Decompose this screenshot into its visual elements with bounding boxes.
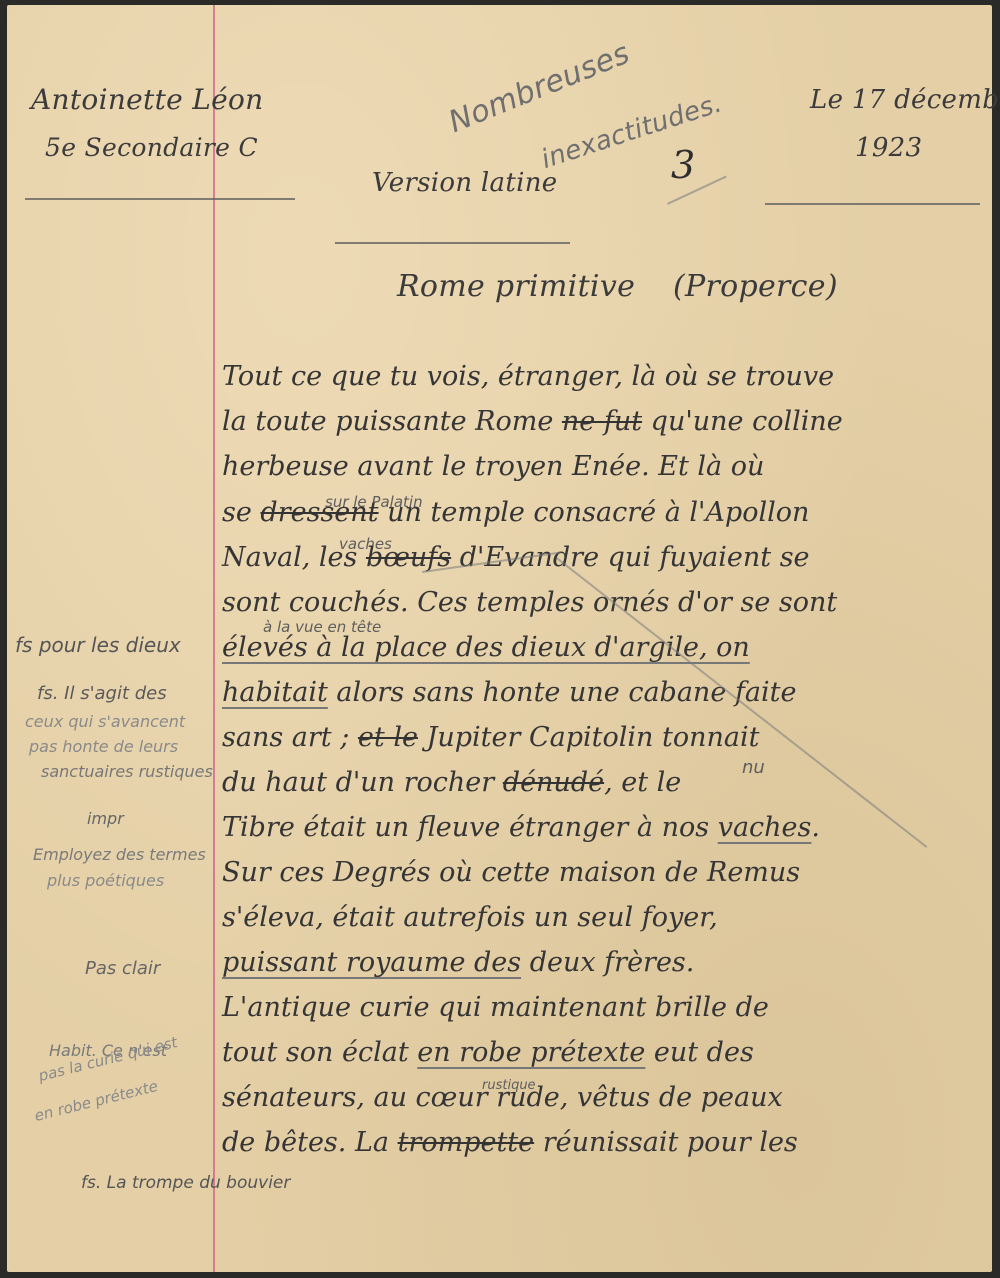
body-line-14: puissant royaume des deux frères. bbox=[222, 947, 694, 978]
title-author: (Properce) bbox=[673, 269, 838, 304]
student-class: 5e Secondaire C bbox=[45, 133, 258, 162]
body-line-8: habitait alors sans honte une cabane fai… bbox=[222, 677, 796, 708]
body-line-4: se dressent un temple consacré à l'Apoll… bbox=[222, 497, 809, 528]
underlined-word: vaches bbox=[718, 812, 812, 843]
margin-note: en robe prétexte bbox=[33, 1077, 160, 1125]
date-line2: 1923 bbox=[855, 133, 922, 163]
text-title: Rome primitive (Properce) bbox=[397, 269, 838, 304]
body-line-10: du haut d'un rocher dénudé, et le bbox=[222, 767, 681, 798]
body-line-3: herbeuse avant le troyen Enée. Et là où bbox=[222, 451, 764, 482]
red-margin-line bbox=[213, 5, 215, 1272]
struck-word: dressent bbox=[260, 497, 378, 528]
exercise-type-underline bbox=[335, 242, 570, 244]
struck-word: trompette bbox=[398, 1127, 535, 1158]
correction-nu: nu bbox=[742, 757, 765, 778]
body-line-13: s'éleva, était autrefois un seul foyer, bbox=[222, 902, 718, 933]
underlined-phrase: puissant royaume des bbox=[222, 947, 521, 978]
body-line-17: sénateurs, au cœur rude, vêtus de peaux bbox=[222, 1082, 783, 1113]
body-line-12: Sur ces Degrés où cette maison de Remus bbox=[222, 857, 800, 888]
struck-word: dénudé bbox=[503, 767, 604, 798]
grade: 3 bbox=[671, 143, 695, 187]
margin-note: sanctuaires rustiques bbox=[41, 762, 213, 781]
notebook-page: Antoinette Léon 5e Secondaire C Nombreus… bbox=[7, 5, 992, 1272]
body-line-6: sont couchés. Ces temples ornés d'or se … bbox=[222, 587, 837, 618]
body-line-15: L'antique curie qui maintenant brille de bbox=[222, 992, 769, 1023]
struck-word: et le bbox=[358, 722, 418, 753]
student-name: Antoinette Léon bbox=[31, 83, 263, 116]
margin-note: impr bbox=[87, 809, 124, 828]
header-underline-left bbox=[25, 198, 295, 200]
struck-word: ne fut bbox=[562, 406, 642, 437]
exercise-type: Version latine bbox=[372, 168, 557, 198]
underlined-word: habitait bbox=[222, 677, 328, 708]
margin-note: fs. La trompe du bouvier bbox=[81, 1173, 290, 1193]
margin-note: pas honte de leurs bbox=[29, 737, 178, 756]
date-underline bbox=[765, 203, 980, 205]
body-line-9: sans art ; et le Jupiter Capitolin tonna… bbox=[222, 722, 759, 753]
margin-note: Employez des termes bbox=[33, 845, 206, 864]
title-text: Rome primitive bbox=[397, 269, 635, 304]
teacher-comment-line2: inexactitudes. bbox=[538, 88, 726, 175]
margin-note: fs pour les dieux bbox=[15, 633, 181, 657]
margin-note: plus poétiques bbox=[47, 871, 164, 890]
body-line-11: Tibre était un fleuve étranger à nos vac… bbox=[222, 812, 820, 843]
margin-note: ceux qui s'avancent bbox=[25, 712, 185, 731]
underlined-phrase: en robe prétexte bbox=[417, 1037, 645, 1068]
body-line-16: tout son éclat en robe prétexte eut des bbox=[222, 1037, 754, 1068]
margin-note: fs. Il s'agit des bbox=[37, 683, 167, 704]
body-line-18: de bêtes. La trompette réunissait pour l… bbox=[222, 1127, 798, 1158]
date-line1: Le 17 décembre bbox=[810, 85, 1000, 115]
body-line-2: la toute puissante Rome ne fut qu'une co… bbox=[222, 406, 843, 437]
body-line-1: Tout ce que tu vois, étranger, là où se … bbox=[222, 361, 834, 392]
margin-note: Pas clair bbox=[85, 958, 160, 979]
